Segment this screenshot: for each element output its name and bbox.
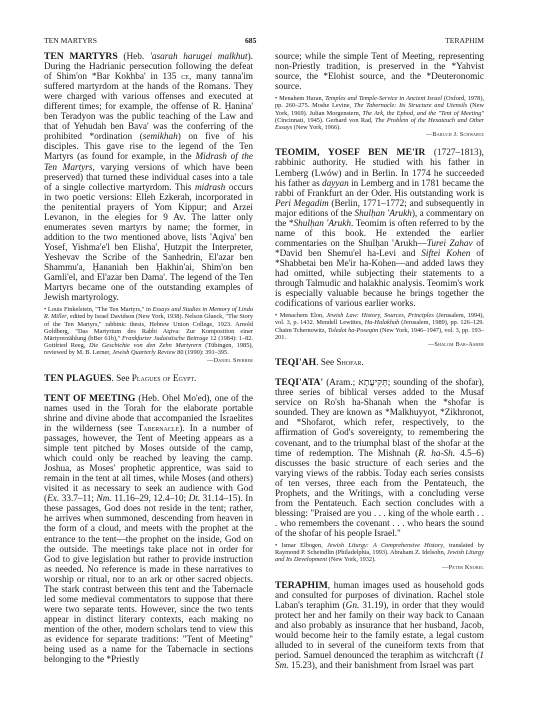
entry-headword: TENT OF MEETING xyxy=(44,393,135,404)
biblio-title: Temples and Temple-Service in Ancient Is… xyxy=(325,95,442,102)
biblio-text: (New York, 1966). xyxy=(292,124,341,131)
biblio-text: • Menahem Haran, xyxy=(275,95,325,102)
work-title: Peri Megadim xyxy=(275,199,329,209)
xref-link[interactable]: Tabernacle xyxy=(138,424,180,434)
body-text: 11.16–29, 12.4–10; xyxy=(112,494,189,504)
entry-headword: TEOMIM, YOSEF BEN ME'IR xyxy=(275,147,425,158)
entry-headword: TEN MARTYRS xyxy=(44,51,118,62)
work-title: Turei Zahav xyxy=(427,239,473,249)
running-head: TEN MARTYRS 685 TERAPHIM xyxy=(44,36,462,48)
entry-body: TERAPHIM, human images used as household… xyxy=(275,581,484,671)
entry-headword: TEN PLAGUES xyxy=(44,373,111,384)
body-text: occurs in two poetic versions: Elleh Ezk… xyxy=(44,183,253,304)
entry-body: TENT OF MEETING (Heb. Ohel Mo'ed), one o… xyxy=(44,394,253,665)
entry-teraphim: TERAPHIM, human images used as household… xyxy=(275,581,484,671)
entry-teqiata: TEQI'ATA' (Aram.; תְּקִיעֲתָא; sounding … xyxy=(275,378,484,571)
biblio-title: Jewish Quarterly Review xyxy=(112,349,175,356)
xref-link[interactable]: Shofar xyxy=(336,358,361,368)
cross-reference: TEQI'AH. See Shofar. xyxy=(275,358,484,368)
body-text: 15.23), and their banishment from Israel… xyxy=(289,661,474,671)
biblio-title: Die Geschichte von den Zehn Martyrern xyxy=(89,342,201,349)
hebrew-term: תְּקִיעֲתָא xyxy=(358,378,387,388)
running-head-right: TERAPHIM xyxy=(445,36,484,45)
body-text: ; sounding of the shofar), three series … xyxy=(275,378,484,458)
work-title: Shulḥan 'Arukh xyxy=(294,219,351,229)
bibliography: • Menahem Haran, Temples and Temple-Serv… xyxy=(275,95,484,138)
body-text: 31.14–15). In these passages, God does n… xyxy=(44,494,253,665)
scripture-ref: Ex. xyxy=(47,494,59,504)
biblio-title: The Tabernacle: Its Structure and Utensi… xyxy=(354,102,467,109)
entry-tent-of-meeting-continued: source; while the simple Tent of Meeting… xyxy=(275,52,484,138)
biblio-title: Jewish Liturgy: A Comprehensive History xyxy=(327,542,443,549)
body-text: 4.5–6) discusses the basic structure of … xyxy=(275,449,484,539)
biblio-title: Frankfurter Judaistische Beitrage xyxy=(122,335,208,342)
era-abbrev: ce xyxy=(181,72,189,82)
body-text: (Aram.; xyxy=(323,378,358,388)
entry-author: —Daniel Sperber xyxy=(44,357,253,364)
entry-teqiah: TEQI'AH. See Shofar. xyxy=(275,358,484,368)
biblio-text: • Menachem Elon, xyxy=(275,312,326,319)
entry-ten-plagues: TEN PLAGUES. See Plagues of Egypt. xyxy=(44,374,253,384)
scripture-ref: Nm. xyxy=(97,494,112,504)
biblio-text: (New York, 1932). xyxy=(327,556,376,563)
left-column: TEN MARTYRS (Heb. 'asarah harugei malkhu… xyxy=(44,52,253,665)
entry-headword: TERAPHIM xyxy=(275,580,328,591)
biblio-text: 80 (1990): 391–395. xyxy=(176,349,229,356)
entry-body: TEOMIM, YOSEF BEN ME'IR (1727–1813), rab… xyxy=(275,148,484,309)
entry-body: TEQI'ATA' (Aram.; תְּקִיעֲתָא; sounding … xyxy=(275,378,484,539)
biblio-title: The Ark, the Ephod, and the "Tent of Mee… xyxy=(362,110,484,117)
running-head-left: TEN MARTYRS xyxy=(44,36,97,45)
entry-headword: TEQI'ATA' xyxy=(275,377,323,388)
work-title: Siftei Kohen xyxy=(421,249,470,259)
term-italic: semikhah xyxy=(143,132,178,142)
bibliography: • Louis Finkelstein, "The Ten Martyrs," … xyxy=(44,306,253,364)
term-italic: dayyan xyxy=(322,179,349,189)
biblio-text: (Cincinnati, 1945). Gerhard von Rad, xyxy=(275,117,375,124)
body-text: (Heb. xyxy=(118,52,150,62)
scripture-ref: Gn. xyxy=(346,601,360,611)
entry-ten-martyrs: TEN MARTYRS (Heb. 'asarah harugei malkhu… xyxy=(44,52,253,364)
body-text: . xyxy=(194,374,196,384)
body-text: 33.7–11; xyxy=(59,494,96,504)
scripture-ref: R. ha-Sh. xyxy=(418,449,455,459)
body-text: . xyxy=(361,358,363,368)
entry-tent-of-meeting: TENT OF MEETING (Heb. Ohel Mo'ed), one o… xyxy=(44,394,253,665)
hebrew-term: 'asarah harugei malkhut xyxy=(150,52,248,62)
biblio-title: Toledot ha-Poseqim xyxy=(328,327,378,334)
entry-teomim: TEOMIM, YOSEF BEN ME'IR (1727–1813), rab… xyxy=(275,148,484,348)
entry-body: source; while the simple Tent of Meeting… xyxy=(275,52,484,92)
cross-reference: TEN PLAGUES. See Plagues of Egypt. xyxy=(44,374,253,384)
work-title: Shulḥan 'Arukh xyxy=(355,209,412,219)
biblio-text: • Ismar Elbogen, xyxy=(275,542,327,549)
body-text: ). In a number of passages, however, the… xyxy=(44,424,253,504)
biblio-title: Jewish Law: History, Sources, Principles xyxy=(326,312,434,319)
entry-headword: TEQI'AH xyxy=(275,357,316,368)
entry-author: —Peter Knobel xyxy=(275,564,484,571)
right-column: source; while the simple Tent of Meeting… xyxy=(275,52,484,671)
entry-body: TEN MARTYRS (Heb. 'asarah harugei malkhu… xyxy=(44,52,253,303)
body-text: . See xyxy=(111,374,131,384)
bibliography: • Ismar Elbogen, Jewish Liturgy: A Compr… xyxy=(275,542,484,571)
entry-author: —Baruch J. Schwartz xyxy=(275,131,484,138)
term-italic: midrash xyxy=(195,183,225,193)
xref-link[interactable]: Plagues of Egypt xyxy=(132,374,194,384)
biblio-title: Ha-Halakhah xyxy=(365,319,400,326)
page-number: 685 xyxy=(245,36,256,45)
scripture-ref: Dt. xyxy=(189,494,201,504)
entry-author: —Shalom Bar-Asher xyxy=(275,341,484,348)
biblio-text: • Louis Finkelstein, "The Ten Martyrs," … xyxy=(44,306,153,313)
body-text: . See xyxy=(316,358,336,368)
bibliography: • Menachem Elon, Jewish Law: History, So… xyxy=(275,312,484,348)
